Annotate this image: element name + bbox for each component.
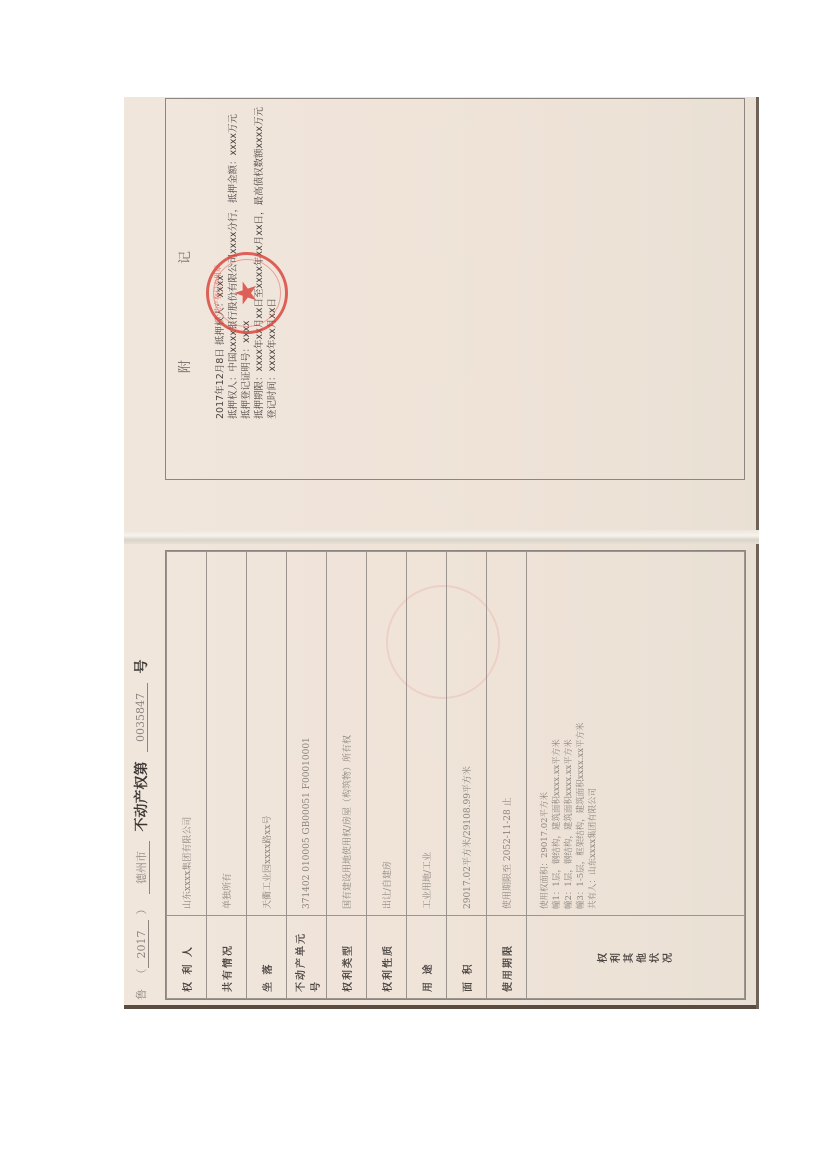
row-label: 坐 落 xyxy=(247,916,287,999)
row-value: 山东xxxx集团有限公司 xyxy=(167,552,207,916)
notes-page: 附 记 2017年12月8日 抵押权人：xxxx 抵押权人：中国xxxx银行股份… xyxy=(125,98,758,530)
row-label: 不动产单元号 xyxy=(287,916,327,999)
notes-title: 附 记 xyxy=(174,99,193,479)
row-value: 371402 010005 GB00051 F00010001 xyxy=(287,552,327,916)
other-line: 使用权面积：29017.02平方米 xyxy=(539,558,551,909)
row-value: 天衢工业园xxxx路xx号 xyxy=(247,552,287,916)
table-row: 坐 落天衢工业园xxxx路xx号 xyxy=(247,552,287,999)
other-line: 共有人：山东xxxx集团有限公司 xyxy=(587,558,599,909)
certificate-number: 0035847 xyxy=(134,683,148,752)
certificate-suffix: 号 xyxy=(131,660,151,674)
register-page: 鲁 （2017） 德州市 不动产权第 0035847 号 权 利 人山东xxxx… xyxy=(125,544,758,1008)
page-fold xyxy=(124,530,759,544)
row-value: 单独所有 xyxy=(207,552,247,916)
certificate-header: 鲁 （2017） 德州市 不动产权第 0035847 号 xyxy=(131,550,161,1000)
row-value: 国有建设用地使用权/房屋（构筑物）所有权 xyxy=(327,552,367,916)
star-icon: ★ xyxy=(232,280,262,307)
table-row: 权 利 人山东xxxx集团有限公司 xyxy=(167,552,207,999)
row-value: 使用期限至 2052-11-28 止 xyxy=(487,552,527,916)
seal-text: 不动产登记专用章 xyxy=(213,255,223,331)
table-row: 权利类型国有建设用地使用权/房屋（构筑物）所有权 xyxy=(327,552,367,999)
other-status-label: 权利其他状况 xyxy=(527,916,745,999)
note-line: 登记时间：xxxx年xx月xx日 xyxy=(266,89,279,419)
other-line: 幢3：1-5层，框架结构，建筑面积xxxx.xx平方米 xyxy=(575,558,587,909)
table-row-other: 权利其他状况 使用权面积：29017.02平方米 幢1：1层，钢结构，建筑面积x… xyxy=(527,552,745,999)
row-label: 共有情况 xyxy=(207,916,247,999)
row-label: 权利类型 xyxy=(327,916,367,999)
row-label: 用 途 xyxy=(407,916,447,999)
register-table: 权 利 人山东xxxx集团有限公司 共有情况单独所有 坐 落天衢工业园xxxx路… xyxy=(165,550,746,1000)
table-row: 不动产单元号371402 010005 GB00051 F00010001 xyxy=(287,552,327,999)
row-label: 权 利 人 xyxy=(167,916,207,999)
faint-seal-mark xyxy=(386,585,500,699)
row-label: 权利性质 xyxy=(367,916,407,999)
row-label: 面 积 xyxy=(447,916,487,999)
city: 德州市 xyxy=(133,841,150,894)
row-label: 使用期限 xyxy=(487,916,527,999)
table-row: 共有情况单独所有 xyxy=(207,552,247,999)
year-bracket: （2017） xyxy=(133,904,149,980)
official-seal: 不动产登记专用章 ★ xyxy=(206,252,288,334)
year: 2017 xyxy=(135,921,149,969)
province: 鲁 xyxy=(133,989,149,1000)
note-line: 2017年12月8日 抵押权人：xxxx xyxy=(214,89,227,419)
other-line: 幢1：1层，钢结构，建筑面积xxxx.xx平方米 xyxy=(551,558,563,909)
notes-box: 附 记 2017年12月8日 抵押权人：xxxx 抵押权人：中国xxxx银行股份… xyxy=(165,98,745,480)
other-status-label-text: 权利其他状况 xyxy=(597,951,675,963)
other-line: 幢2：1层，钢结构，建筑面积xxxx.xx平方米 xyxy=(563,558,575,909)
other-status-value: 使用权面积：29017.02平方米 幢1：1层，钢结构，建筑面积xxxx.xx平… xyxy=(527,552,745,916)
certificate-title: 不动产权第 xyxy=(131,762,151,832)
